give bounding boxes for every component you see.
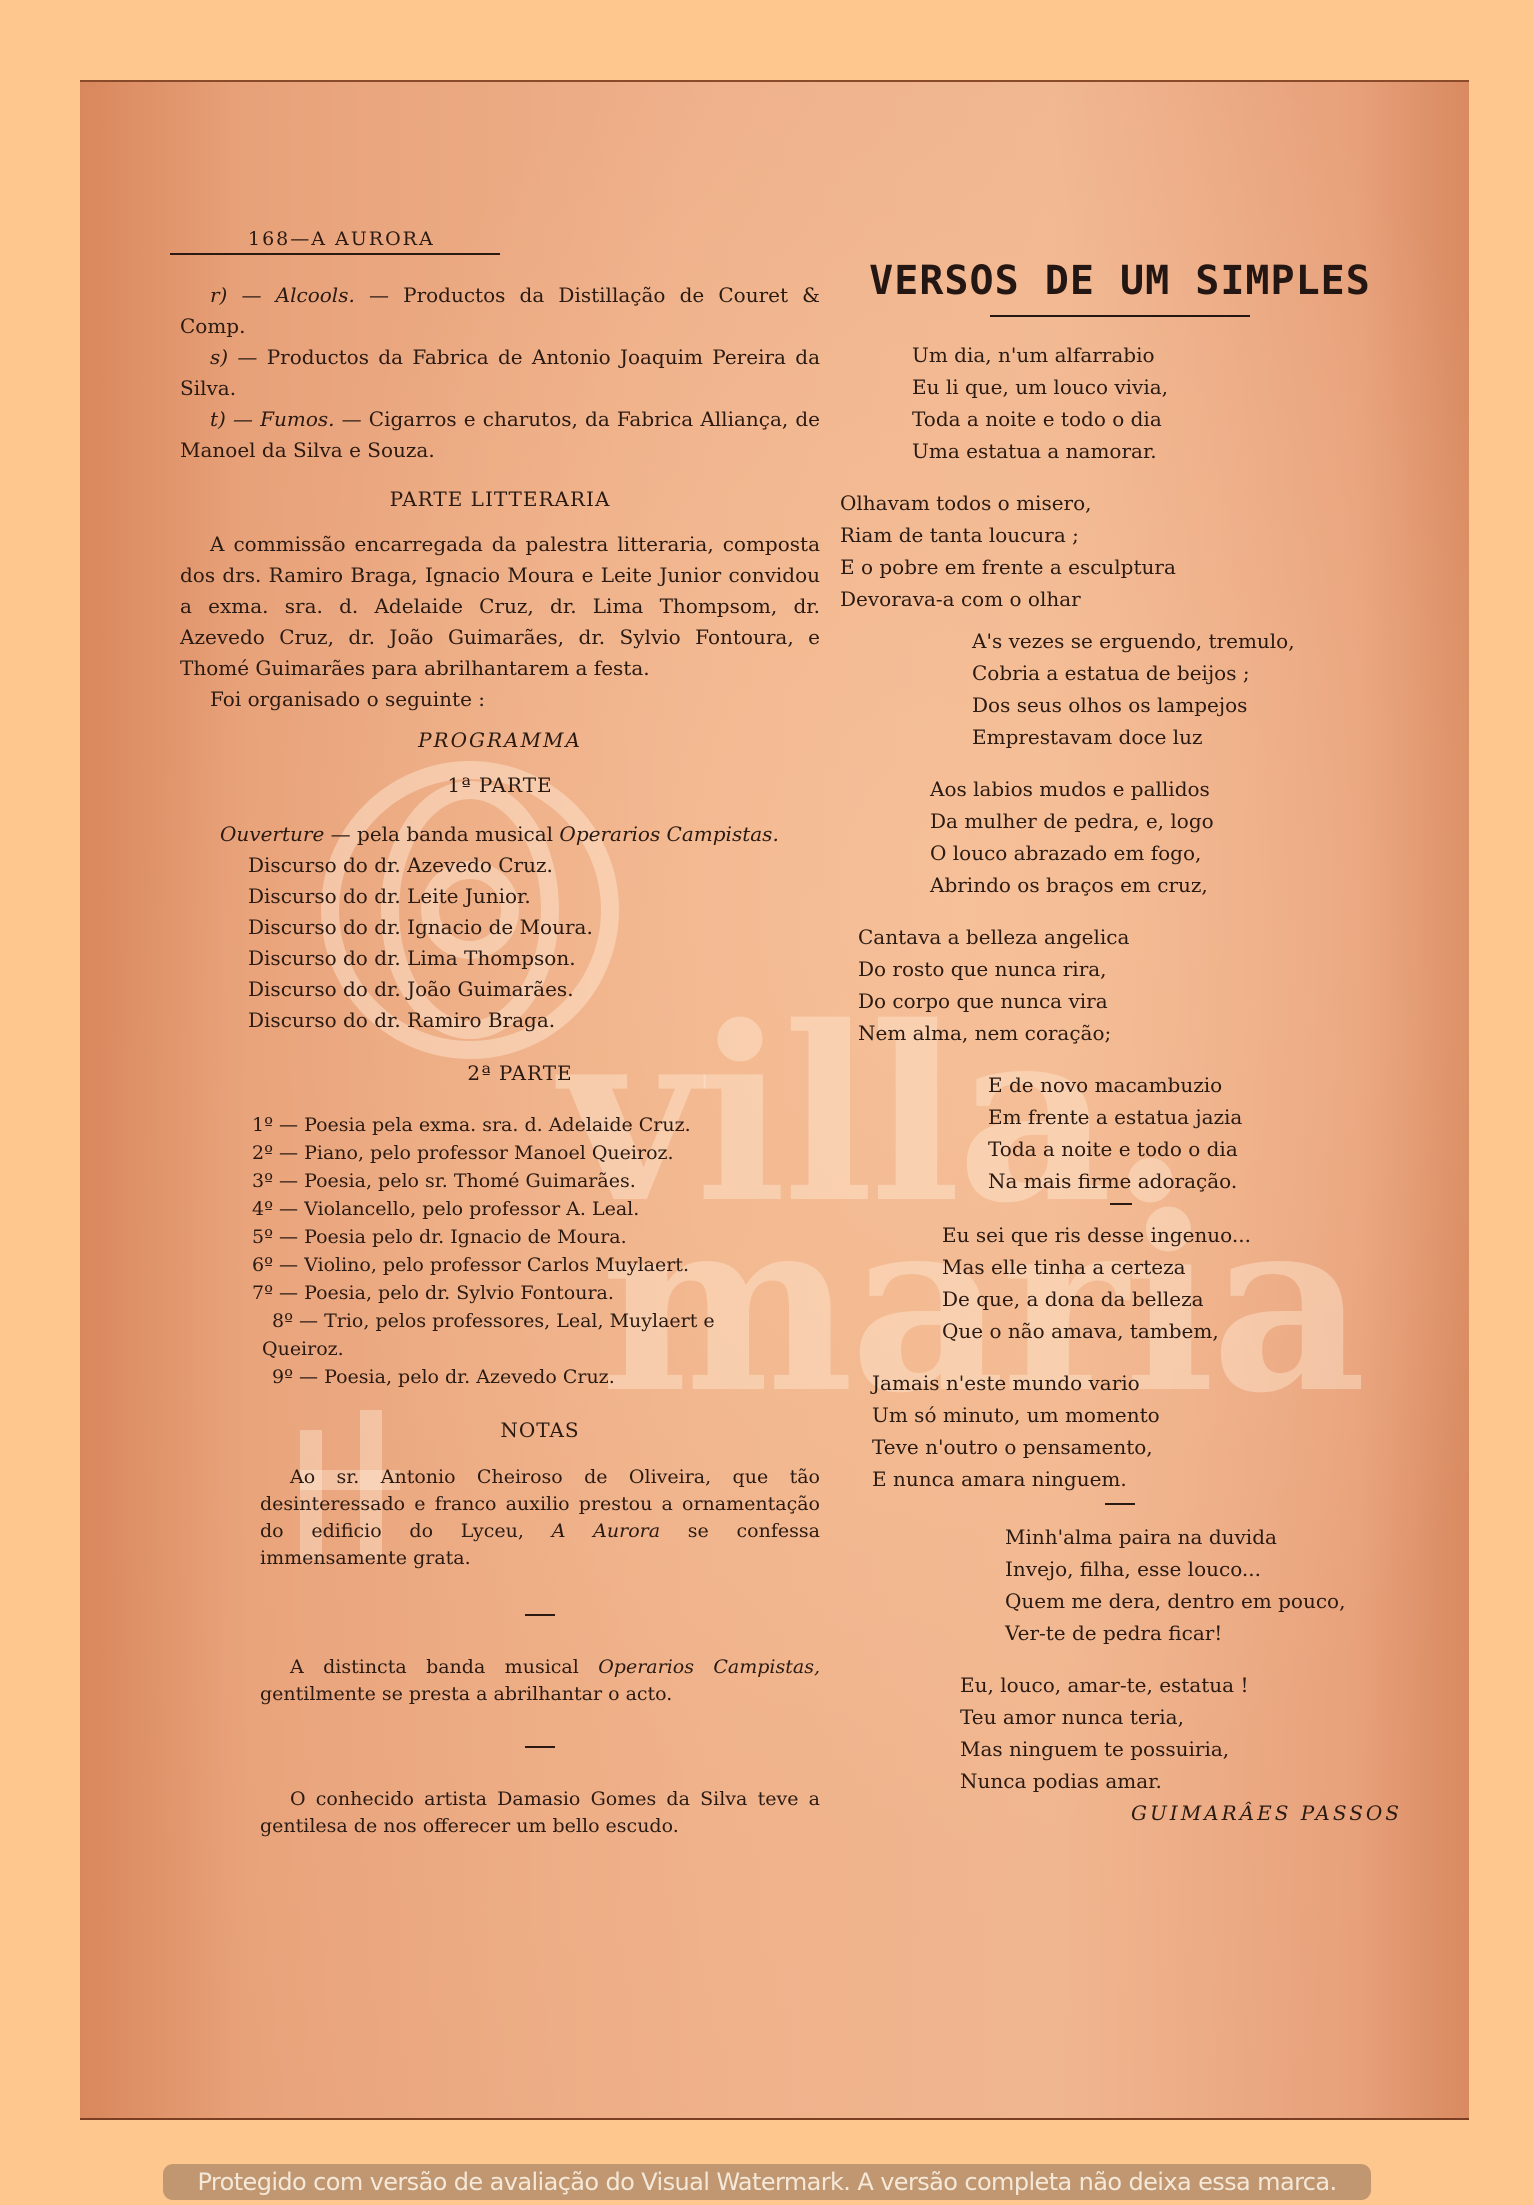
stanza: A's vezes se erguendo, tremulo, Cobria a… [820,625,1420,753]
verse-line: Minh'alma paira na duvida [1005,1521,1420,1553]
stanza: Um dia, n'um alfarrabio Eu li que, um lo… [820,339,1420,467]
part1-title: 1ª PARTE [180,770,820,801]
verse-line: Uma estatua a namorar. [912,435,1420,467]
note-text: gentilmente se presta a abrilhantar o ac… [260,1683,672,1705]
verse-line: Abrindo os braços em cruz, [930,869,1420,901]
verse-line: Jamais n'este mundo vario [872,1367,1420,1399]
section-title: PARTE LITTERARIA [180,484,820,515]
organised-line: Foi organisado o seguinte : [180,684,820,715]
verse-line: Da mulher de pedra, e, logo [930,805,1420,837]
verse-line: E de novo macambuzio [988,1069,1420,1101]
left-column: r) — Alcools. — Productos da Distillação… [180,225,820,1840]
verse-line: Eu li que, um louco vivia, [912,371,1420,403]
divider [525,1746,555,1748]
verse-line: Do corpo que nunca vira [858,985,1420,1017]
intro-paragraph: A commissão encarregada da palestra litt… [180,529,820,684]
note-text: A distincta banda musical [290,1656,579,1678]
list-item: 4º — Violancello, pelo professor A. Leal… [252,1195,820,1223]
list-item: 8º — Trio, pelos professores, Leal, Muyl… [202,1307,772,1363]
stanza: Olhavam todos o misero, Riam de tanta lo… [820,487,1420,615]
verse-line: Olhavam todos o misero, [840,487,1420,519]
notes-title: NOTAS [180,1415,820,1446]
verse-line: Um dia, n'um alfarrabio [912,339,1420,371]
list-item: 5º — Poesia pelo dr. Ignacio de Moura. [252,1223,820,1251]
part2-title: 2ª PARTE [180,1058,820,1089]
verse-line: Riam de tanta loucura ; [840,519,1420,551]
verse-line: Toda a noite e todo o dia [912,403,1420,435]
list-item: 9º — Poesia, pelo dr. Azevedo Cruz. [252,1363,820,1391]
stanza: Cantava a belleza angelica Do rosto que … [820,921,1420,1049]
list-item: s) — Productos da Fabrica de Antonio Joa… [180,342,820,404]
item-label: r) — [210,283,262,307]
list-item: 6º — Violino, pelo professor Carlos Muyl… [252,1251,820,1279]
author-signature: GUIMARÂES PASSOS [820,1797,1402,1829]
overture-text: — pela banda musical [331,822,553,846]
part1-list: Discurso do dr. Azevedo Cruz. Discurso d… [180,850,820,1036]
stanza: E de novo macambuzio Em frente a estatua… [820,1069,1420,1197]
verse-line: E nunca amara ninguem. [872,1463,1420,1495]
item-category: Alcools. [276,283,355,307]
list-item: Discurso do dr. Ignacio de Moura. [248,912,820,943]
right-column: VERSOS DE UM SIMPLES Um dia, n'um alfarr… [820,265,1420,1829]
band-name: Operarios Campistas. [559,822,778,846]
overture-line: Ouverture — pela banda musical Operarios… [180,819,820,850]
item-text: Productos da Fabrica de Antonio Joaquim … [180,345,820,400]
verse-line: Do rosto que nunca rira, [858,953,1420,985]
verse-line: Eu, louco, amar-te, estatua ! [960,1669,1420,1701]
watermark-notice: Protegido com versão de avaliação do Vis… [163,2164,1371,2200]
note-2: A distincta banda musical Operarios Camp… [260,1654,820,1708]
publication-name: A Aurora [552,1520,660,1542]
divider [1110,1203,1132,1205]
item-label: t) — [210,407,253,431]
divider [525,1614,555,1616]
programme-title: PROGRAMMA [180,725,820,756]
list-item: 3º — Poesia, pelo sr. Thomé Guimarães. [252,1167,820,1195]
overture-label: Ouverture [220,822,324,846]
verse-line: Dos seus olhos os lampejos [972,689,1420,721]
list-item: Discurso do dr. João Guimarães. [248,974,820,1005]
verse-line: Em frente a estatua jazia [988,1101,1420,1133]
verse-line: Cantava a belleza angelica [858,921,1420,953]
verse-line: Emprestavam doce luz [972,721,1420,753]
list-item: Discurso do dr. Ramiro Braga. [248,1005,820,1036]
verse-line: Toda a noite e todo o dia [988,1133,1420,1165]
verse-line: Mas ninguem te possuiria, [960,1733,1420,1765]
note-1: Ao sr. Antonio Cheiroso de Oliveira, que… [260,1464,820,1572]
verse-line: Nem alma, nem coração; [858,1017,1420,1049]
verse-line: Na mais firme adoração. [988,1165,1420,1197]
list-item: t) — Fumos. — Cigarros e charutos, da Fa… [180,404,820,466]
part2-list: 1º — Poesia pela exma. sra. d. Adelaide … [180,1111,820,1391]
verse-line: Que o não amava, tambem, [942,1315,1420,1347]
stanza: Aos labios mudos e pallidos Da mulher de… [820,773,1420,901]
list-item: r) — Alcools. — Productos da Distillação… [180,280,820,342]
list-item: Discurso do dr. Lima Thompson. [248,943,820,974]
verse-line: E o pobre em frente a esculptura [840,551,1420,583]
verse-line: Um só minuto, um momento [872,1399,1420,1431]
verse-line: De que, a dona da belleza [942,1283,1420,1315]
verse-line: Teve n'outro o pensamento, [872,1431,1420,1463]
list-item: Discurso do dr. Leite Junior. [248,881,820,912]
stanza: Eu sei que ris desse ingenuo... Mas elle… [820,1219,1420,1347]
verse-line: Ver-te de pedra ficar! [1005,1617,1420,1649]
list-item: Discurso do dr. Azevedo Cruz. [248,850,820,881]
verse-line: Invejo, filha, esse louco... [1005,1553,1420,1585]
verse-line: Eu sei que ris desse ingenuo... [942,1219,1420,1251]
note-3: O conhecido artista Damasio Gomes da Sil… [260,1786,820,1840]
stanza: Jamais n'este mundo vario Um só minuto, … [820,1367,1420,1495]
verse-line: A's vezes se erguendo, tremulo, [972,625,1420,657]
verse-line: O louco abrazado em fogo, [930,837,1420,869]
item-label: s) — [210,345,257,369]
stanza: Eu, louco, amar-te, estatua ! Teu amor n… [820,1669,1420,1797]
stanza: Minh'alma paira na duvida Invejo, filha,… [820,1521,1420,1649]
verse-line: Teu amor nunca teria, [960,1701,1420,1733]
divider [1105,1503,1135,1505]
verse-line: Nunca podias amar. [960,1765,1420,1797]
verse-line: Mas elle tinha a certeza [942,1251,1420,1283]
list-item: 1º — Poesia pela exma. sra. d. Adelaide … [252,1111,820,1139]
title-rule [990,315,1250,317]
verse-line: Quem me dera, dentro em pouco, [1005,1585,1420,1617]
verse-line: Cobria a estatua de beijos ; [972,657,1420,689]
verse-line: Aos labios mudos e pallidos [930,773,1420,805]
verse-line: Devorava-a com o olhar [840,583,1420,615]
list-item: 2º — Piano, pelo professor Manoel Queiro… [252,1139,820,1167]
band-name: Operarios Campistas, [598,1656,820,1678]
item-category: Fumos. [260,407,334,431]
list-item: 7º — Poesia, pelo dr. Sylvio Fontoura. [252,1279,820,1307]
poem-title: VERSOS DE UM SIMPLES [820,265,1420,297]
